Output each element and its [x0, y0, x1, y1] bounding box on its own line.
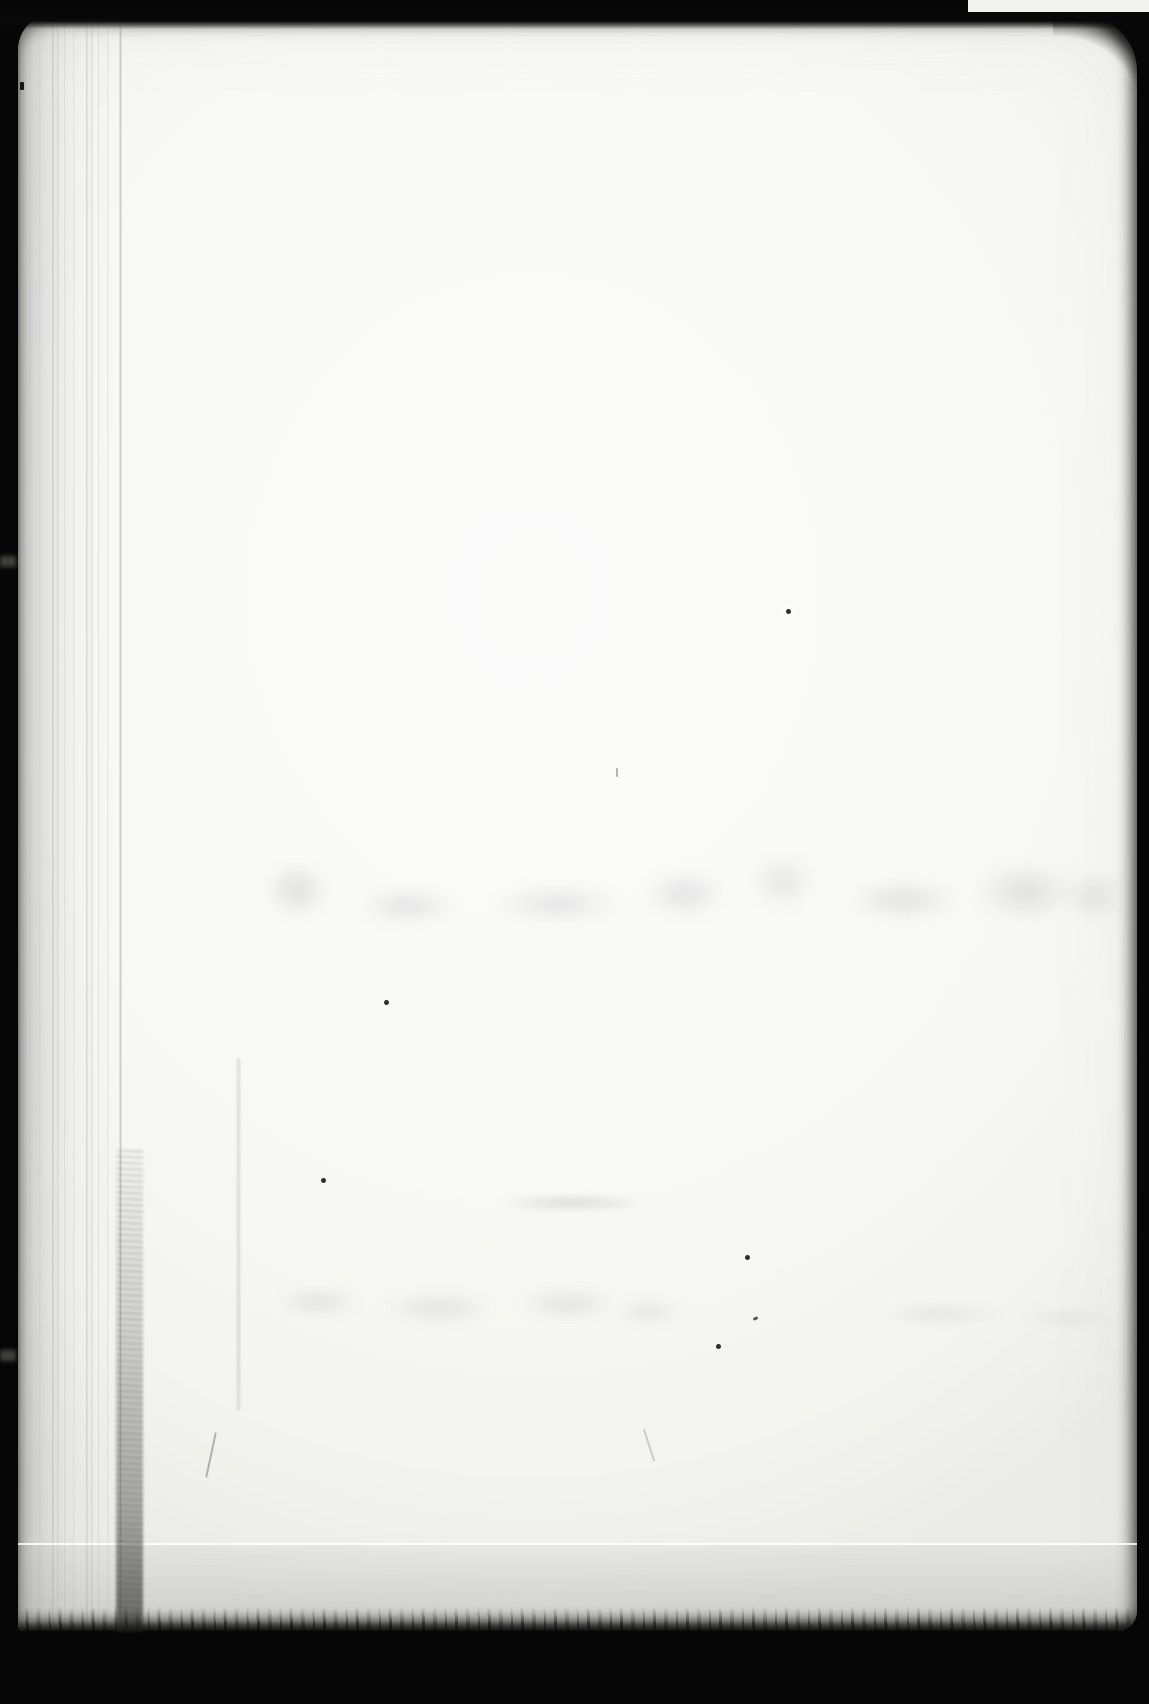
ink-speck — [716, 1344, 721, 1349]
ink-speck — [745, 1255, 750, 1260]
bleedthrough-smudge-ghost — [497, 1193, 649, 1213]
bleedthrough-box-line-ghost — [237, 1058, 240, 1410]
corner-shadow-top-right — [1053, 0, 1149, 118]
book-leaf-edges — [18, 14, 122, 1631]
ink-speck — [786, 609, 791, 614]
ragged-bottom-edge — [18, 1607, 1137, 1631]
page-surface — [18, 14, 1137, 1631]
scanner-notch — [968, 0, 1149, 12]
scanner-top-band — [0, 12, 1149, 29]
bleedthrough-heading-ghost — [255, 824, 1127, 930]
ink-speck — [616, 768, 618, 777]
ink-speck — [321, 1178, 326, 1183]
gutter-shadow-streak — [116, 1150, 143, 1632]
bleedthrough-script-ghost-right — [840, 1292, 1140, 1338]
ink-speck — [20, 82, 24, 90]
bleedthrough-script-ghost — [248, 1262, 688, 1344]
ink-speck — [384, 1000, 389, 1005]
scanned-book-page — [0, 0, 1149, 1704]
left-border-gap — [0, 556, 16, 567]
left-border-gap — [0, 1350, 16, 1361]
